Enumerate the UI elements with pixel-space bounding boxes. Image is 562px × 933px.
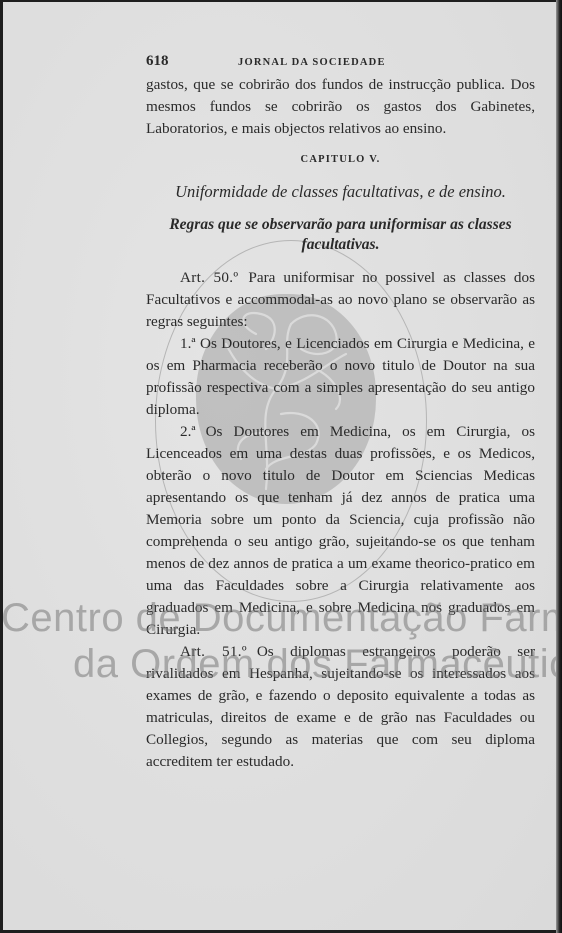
rule-text: Os Doutores, e Licenciados em Cirurgia e… bbox=[146, 335, 535, 418]
scanned-page: 618 JORNAL DA SOCIEDADE gastos, que se c… bbox=[3, 2, 556, 930]
page-number: 618 bbox=[146, 50, 238, 72]
running-title: JORNAL DA SOCIEDADE bbox=[238, 52, 386, 74]
watermark-line-2: da Ordem dos Farmacêuticos bbox=[73, 642, 556, 687]
section-title: Regras que se observarão para uniformisa… bbox=[146, 215, 535, 255]
rule-1: 1.ª Os Doutores, e Licenciados em Cirurg… bbox=[146, 333, 535, 421]
running-head: 618 JORNAL DA SOCIEDADE bbox=[146, 50, 535, 74]
watermark-line-1: Centro de Documentação Farmacêutica bbox=[3, 596, 556, 641]
opening-paragraph: gastos, que se cobrirão dos fundos de in… bbox=[146, 74, 535, 140]
rule-label: 1.ª bbox=[180, 335, 196, 352]
chapter-title: Uniformidade de classes facultativas, e … bbox=[146, 181, 535, 203]
article-label: Art. 50.º bbox=[180, 269, 238, 286]
page-edge-shadow bbox=[556, 0, 562, 933]
chapter-heading: CAPITULO V. bbox=[146, 149, 535, 171]
rule-label: 2.ª bbox=[180, 423, 196, 440]
article-50: Art. 50.ºPara uniformisar no possivel as… bbox=[146, 267, 535, 333]
